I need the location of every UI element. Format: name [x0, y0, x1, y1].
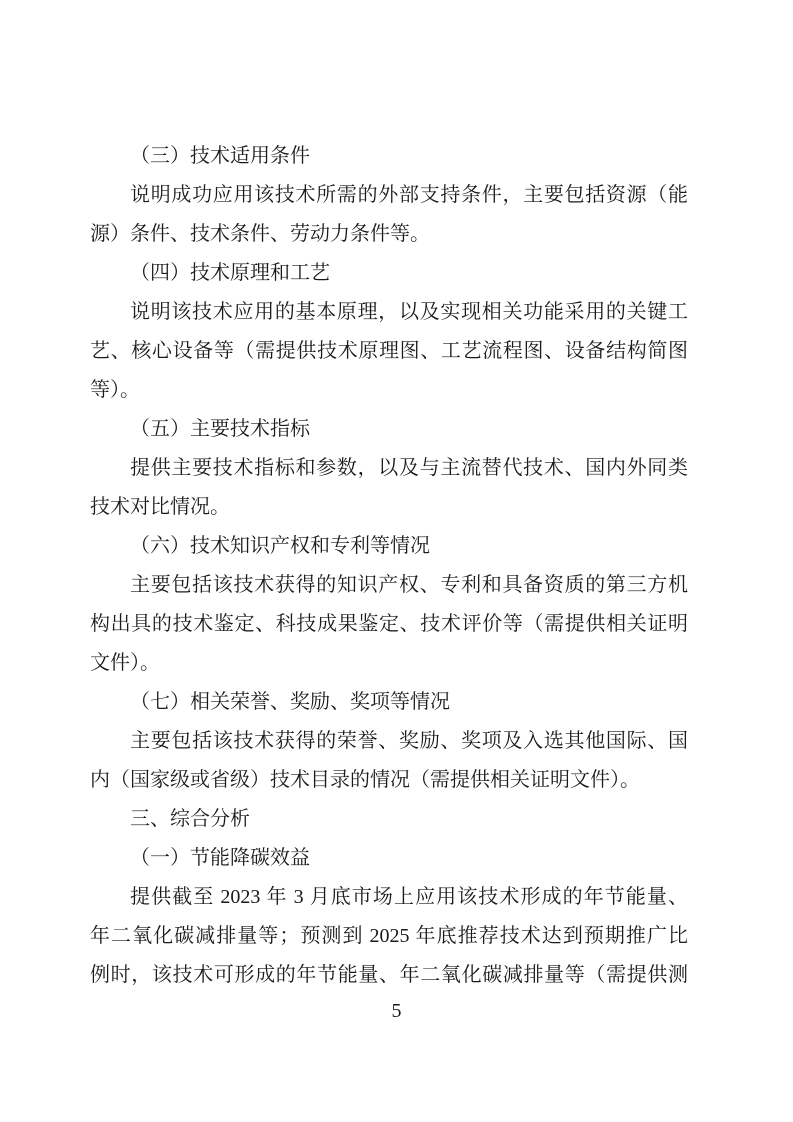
heading-line: （四）技术原理和工艺 — [90, 254, 688, 293]
heading-line: （六）技术知识产权和专利等情况 — [90, 527, 688, 566]
body-line: 主要包括该技术获得的荣誉、奖励、奖项及入选其他国际、国 — [90, 722, 688, 761]
body-line: 源）条件、技术条件、劳动力条件等。 — [90, 215, 688, 254]
heading-line: （三）技术适用条件 — [90, 137, 688, 176]
body-line: 说明该技术应用的基本原理，以及实现相关功能采用的关键工 — [90, 293, 688, 332]
heading-line: （一）节能降碳效益 — [90, 839, 688, 878]
heading-line: （五）主要技术指标 — [90, 410, 688, 449]
body-line: 提供主要技术指标和参数，以及与主流替代技术、国内外同类 — [90, 449, 688, 488]
body-line: 艺、核心设备等（需提供技术原理图、工艺流程图、设备结构简图 — [90, 332, 688, 371]
body-line: 说明成功应用该技术所需的外部支持条件，主要包括资源（能 — [90, 176, 688, 215]
body-line: 内（国家级或省级）技术目录的情况（需提供相关证明文件）。 — [90, 761, 688, 800]
page-number: 5 — [0, 996, 793, 1026]
body-line: 技术对比情况。 — [90, 488, 688, 527]
body-line: 主要包括该技术获得的知识产权、专利和具备资质的第三方机 — [90, 566, 688, 605]
body-line: 等）。 — [90, 371, 688, 410]
body-line: 文件）。 — [90, 644, 688, 683]
body-line: 例时，该技术可形成的年节能量、年二氧化碳减排量等（需提供测 — [90, 956, 688, 995]
body-line: 年二氧化碳减排量等；预测到 2025 年底推荐技术达到预期推广比 — [90, 917, 688, 956]
body-line: 构出具的技术鉴定、科技成果鉴定、技术评价等（需提供相关证明 — [90, 605, 688, 644]
heading-line: （七）相关荣誉、奖励、奖项等情况 — [90, 683, 688, 722]
body-line: 提供截至 2023 年 3 月底市场上应用该技术形成的年节能量、 — [90, 878, 688, 917]
heading-line: 三、综合分析 — [90, 800, 688, 839]
document-body: （三）技术适用条件说明成功应用该技术所需的外部支持条件，主要包括资源（能源）条件… — [90, 137, 688, 995]
document-page: （三）技术适用条件说明成功应用该技术所需的外部支持条件，主要包括资源（能源）条件… — [0, 0, 793, 1122]
